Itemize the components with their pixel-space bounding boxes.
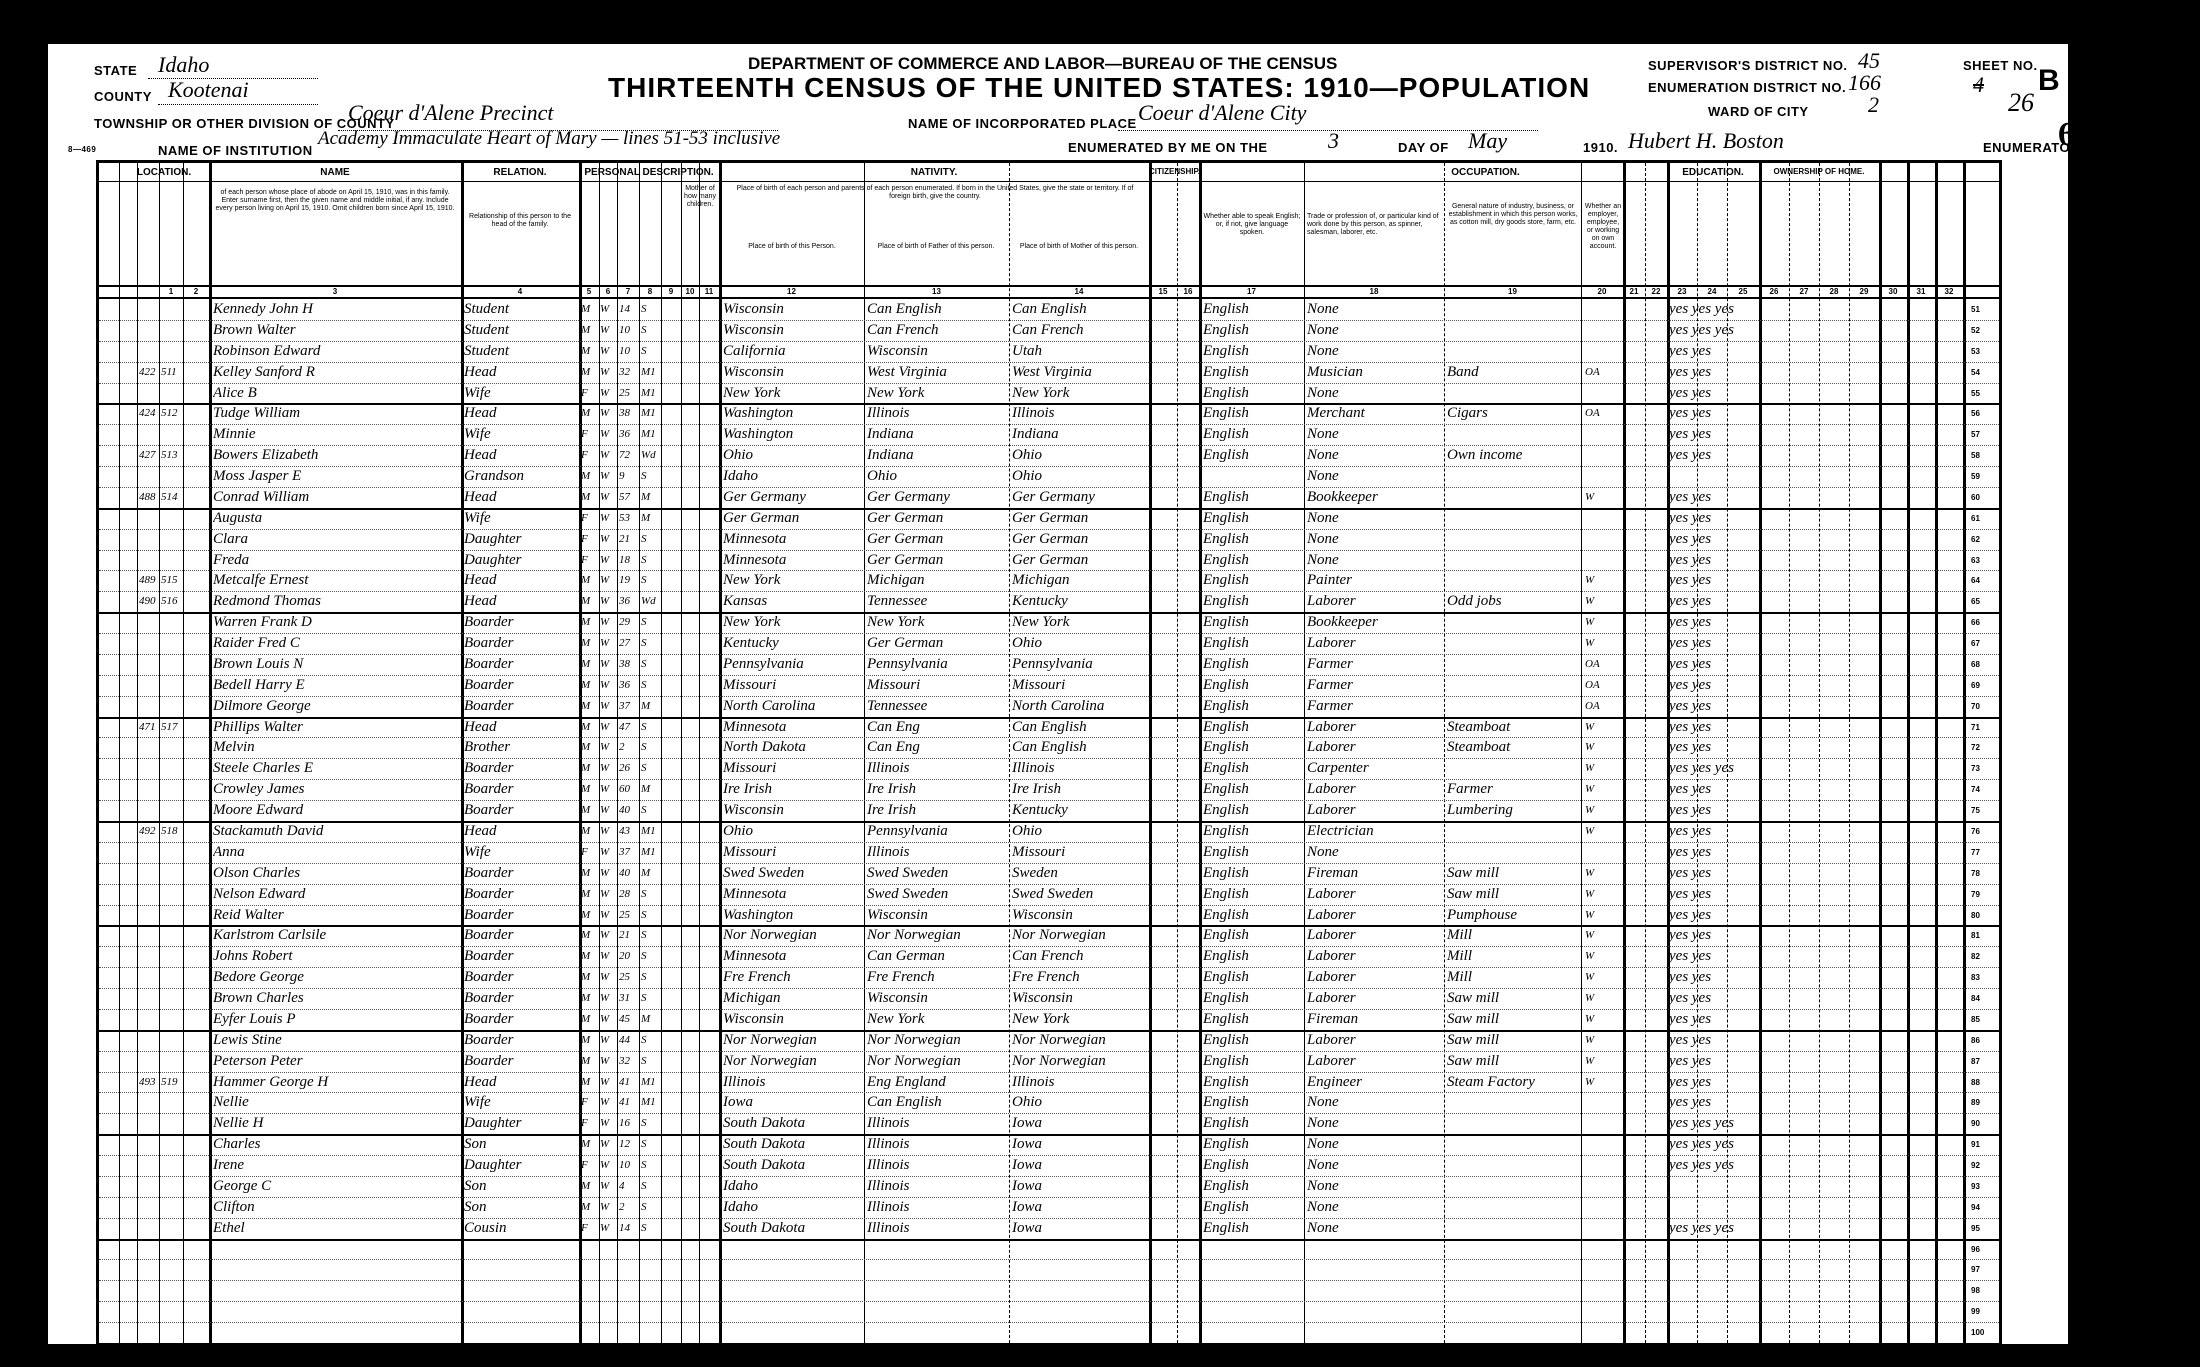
cell-emp: OA bbox=[1585, 403, 1621, 424]
cell-marital: M bbox=[641, 487, 661, 508]
cell-lang: English bbox=[1203, 487, 1303, 508]
cell-name: Kelley Sanford R bbox=[213, 362, 459, 383]
cell-marital: S bbox=[641, 341, 661, 362]
cell-dwelling bbox=[139, 1280, 159, 1301]
cell-marital: S bbox=[641, 675, 661, 696]
cell-race: W bbox=[600, 466, 617, 487]
cell-father: Michigan bbox=[867, 570, 1007, 591]
cell-dwelling bbox=[139, 320, 159, 341]
cell-birth: Minnesota bbox=[723, 529, 863, 550]
cell-name bbox=[213, 1280, 459, 1301]
cell-age: 40 bbox=[619, 863, 639, 884]
cell-industry: Band bbox=[1447, 362, 1579, 383]
cell-lang bbox=[1203, 1322, 1303, 1343]
cell-race: W bbox=[600, 842, 617, 863]
cell-name: Clifton bbox=[213, 1197, 459, 1218]
cell-trade: None bbox=[1307, 383, 1443, 404]
line-number: 83 bbox=[1971, 973, 1980, 982]
cell-father: Tennessee bbox=[867, 696, 1007, 717]
cell-industry: Mill bbox=[1447, 967, 1579, 988]
group-education: EDUCATION. bbox=[1667, 167, 1759, 178]
line-number: 71 bbox=[1971, 723, 1980, 732]
cell-birth: Minnesota bbox=[723, 946, 863, 967]
cell-dwelling bbox=[139, 1155, 159, 1176]
cell-name: Kennedy John H bbox=[213, 299, 459, 320]
cell-industry bbox=[1447, 424, 1579, 445]
cell-family bbox=[161, 696, 183, 717]
cell-family bbox=[161, 779, 183, 800]
cell-lang bbox=[1203, 1239, 1303, 1260]
line-number: 75 bbox=[1971, 806, 1980, 815]
cell-edu bbox=[1669, 1280, 1759, 1301]
table-row: 62ClaraDaughterFW21SMinnesotaGer GermanG… bbox=[99, 529, 1999, 550]
cell-trade: Laborer bbox=[1307, 591, 1443, 612]
cell-relation: Head bbox=[464, 487, 578, 508]
cell-trade: None bbox=[1307, 466, 1443, 487]
cell-emp bbox=[1585, 341, 1621, 362]
cell-name: Johns Robert bbox=[213, 946, 459, 967]
cell-trade bbox=[1307, 1259, 1443, 1280]
cell-relation: Head bbox=[464, 445, 578, 466]
cell-dwelling bbox=[139, 1051, 159, 1072]
cell-age: 28 bbox=[619, 884, 639, 905]
cell-marital: S bbox=[641, 1176, 661, 1197]
cell-age: 27 bbox=[619, 633, 639, 654]
cell-industry bbox=[1447, 1218, 1579, 1239]
cell-birth: Minnesota bbox=[723, 717, 863, 738]
cell-lang bbox=[1203, 466, 1303, 487]
cell-father: Wisconsin bbox=[867, 341, 1007, 362]
cell-family bbox=[161, 737, 183, 758]
cell-sex: F bbox=[581, 529, 599, 550]
cell-edu: yes yes bbox=[1669, 988, 1759, 1009]
group-personal: PERSONAL DESCRIPTION. bbox=[579, 167, 719, 178]
cell-age: 4 bbox=[619, 1176, 639, 1197]
cell-birth: Ohio bbox=[723, 821, 863, 842]
cell-sex: M bbox=[581, 654, 599, 675]
nativity-instructions: Place of birth of each person and parent… bbox=[725, 185, 1145, 201]
cell-sex: M bbox=[581, 591, 599, 612]
cell-age: 36 bbox=[619, 424, 639, 445]
cell-lang: English bbox=[1203, 445, 1303, 466]
cell-relation bbox=[464, 1322, 578, 1343]
cell-edu: yes yes bbox=[1669, 341, 1759, 362]
table-row: 56424512Tudge WilliamHeadMW38M1Washingto… bbox=[99, 403, 1999, 424]
table-row: 66Warren Frank DBoarderMW29SNew YorkNew … bbox=[99, 612, 1999, 633]
cell-lang: English bbox=[1203, 863, 1303, 884]
cell-mother: North Carolina bbox=[1012, 696, 1148, 717]
cell-mother: Can English bbox=[1012, 737, 1148, 758]
cell-lang: English bbox=[1203, 591, 1303, 612]
cell-trade: None bbox=[1307, 1176, 1443, 1197]
cell-sex: M bbox=[581, 779, 599, 800]
cell-relation: Student bbox=[464, 320, 578, 341]
line-number: 82 bbox=[1971, 952, 1980, 961]
cell-emp: W bbox=[1585, 717, 1621, 738]
cell-trade bbox=[1307, 1239, 1443, 1260]
cell-emp: W bbox=[1585, 1072, 1621, 1093]
cell-mother: Ire Irish bbox=[1012, 779, 1148, 800]
cell-race: W bbox=[600, 508, 617, 529]
cell-edu: yes yes bbox=[1669, 362, 1759, 383]
cell-dwelling bbox=[139, 925, 159, 946]
cell-trade: Laborer bbox=[1307, 779, 1443, 800]
cell-birth: New York bbox=[723, 612, 863, 633]
table-row: 85Eyfer Louis PBoarderMW45MWisconsinNew … bbox=[99, 1009, 1999, 1030]
cell-edu: yes yes yes bbox=[1669, 1134, 1759, 1155]
cell-dwelling: 488 bbox=[139, 487, 159, 508]
cell-birth: Idaho bbox=[723, 466, 863, 487]
cell-edu: yes yes bbox=[1669, 1051, 1759, 1072]
cell-name bbox=[213, 1259, 459, 1280]
cell-edu: yes yes bbox=[1669, 1009, 1759, 1030]
table-row: 71471517Phillips WalterHeadMW47SMinnesot… bbox=[99, 717, 1999, 738]
birth-person-head: Place of birth of this Person. bbox=[723, 243, 861, 251]
column-number: 9 bbox=[661, 287, 681, 296]
cell-name: Tudge William bbox=[213, 403, 459, 424]
cell-name: Lewis Stine bbox=[213, 1030, 459, 1051]
cell-family bbox=[161, 612, 183, 633]
cell-lang: English bbox=[1203, 1092, 1303, 1113]
cell-name: Nelson Edward bbox=[213, 884, 459, 905]
cell-sex bbox=[581, 1239, 599, 1260]
cell-age: 2 bbox=[619, 1197, 639, 1218]
month-value: May bbox=[1468, 128, 1507, 154]
cell-birth: Wisconsin bbox=[723, 800, 863, 821]
cell-marital: S bbox=[641, 1134, 661, 1155]
cell-father: Ger Germany bbox=[867, 487, 1007, 508]
cell-sex: M bbox=[581, 320, 599, 341]
cell-name: Brown Charles bbox=[213, 988, 459, 1009]
cell-edu: yes yes bbox=[1669, 717, 1759, 738]
cell-dwelling bbox=[139, 779, 159, 800]
cell-lang: English bbox=[1203, 383, 1303, 404]
cell-emp bbox=[1585, 1155, 1621, 1176]
cell-relation: Student bbox=[464, 299, 578, 320]
cell-marital: S bbox=[641, 1218, 661, 1239]
cell-trade: Laborer bbox=[1307, 1030, 1443, 1051]
cell-dwelling: 493 bbox=[139, 1072, 159, 1093]
cell-mother bbox=[1012, 1322, 1148, 1343]
cell-industry bbox=[1447, 1259, 1579, 1280]
cell-race: W bbox=[600, 1092, 617, 1113]
table-row: 64489515Metcalfe ErnestHeadMW19SNew York… bbox=[99, 570, 1999, 591]
cell-marital: S bbox=[641, 1051, 661, 1072]
cell-emp: W bbox=[1585, 988, 1621, 1009]
cell-trade: None bbox=[1307, 424, 1443, 445]
cell-father bbox=[867, 1322, 1007, 1343]
county-label: COUNTY bbox=[94, 89, 152, 104]
column-number: 32 bbox=[1935, 287, 1963, 296]
cell-marital: M bbox=[641, 696, 661, 717]
cell-race: W bbox=[600, 758, 617, 779]
cell-industry bbox=[1447, 842, 1579, 863]
line-number: 64 bbox=[1971, 576, 1980, 585]
cell-industry bbox=[1447, 1280, 1579, 1301]
cell-mother: New York bbox=[1012, 612, 1148, 633]
cell-marital: S bbox=[641, 925, 661, 946]
cell-dwelling bbox=[139, 1134, 159, 1155]
line-number: 62 bbox=[1971, 535, 1980, 544]
sheet-label: SHEET NO. bbox=[1963, 58, 2038, 73]
cell-name: Moore Edward bbox=[213, 800, 459, 821]
cell-race: W bbox=[600, 779, 617, 800]
cell-name: Ethel bbox=[213, 1218, 459, 1239]
cell-dwelling bbox=[139, 967, 159, 988]
cell-edu: yes yes bbox=[1669, 884, 1759, 905]
cell-sex: F bbox=[581, 1155, 599, 1176]
cell-relation bbox=[464, 1301, 578, 1322]
supervisor-label: SUPERVISOR'S DISTRICT NO. bbox=[1648, 58, 1848, 73]
enumerator-name: Hubert H. Boston bbox=[1628, 128, 1784, 154]
cell-birth: Minnesota bbox=[723, 884, 863, 905]
cell-emp: W bbox=[1585, 487, 1621, 508]
cell-birth: Missouri bbox=[723, 758, 863, 779]
cell-father bbox=[867, 1301, 1007, 1322]
cell-mother: Ohio bbox=[1012, 466, 1148, 487]
cell-father: Illinois bbox=[867, 1155, 1007, 1176]
table-row: 80Reid WalterBoarderMW25SWashingtonWisco… bbox=[99, 905, 1999, 926]
cell-family bbox=[161, 1113, 183, 1134]
cell-trade: None bbox=[1307, 550, 1443, 571]
cell-sex: M bbox=[581, 487, 599, 508]
cell-birth bbox=[723, 1239, 863, 1260]
line-number: 93 bbox=[1971, 1182, 1980, 1191]
column-number: 28 bbox=[1819, 287, 1849, 296]
cell-race: W bbox=[600, 445, 617, 466]
cell-family bbox=[161, 800, 183, 821]
cell-mother: Sweden bbox=[1012, 863, 1148, 884]
cell-emp bbox=[1585, 299, 1621, 320]
cell-emp bbox=[1585, 1280, 1621, 1301]
cell-father bbox=[867, 1280, 1007, 1301]
state-label: STATE bbox=[94, 63, 137, 78]
cell-race: W bbox=[600, 299, 617, 320]
cell-relation: Boarder bbox=[464, 946, 578, 967]
cell-sex: F bbox=[581, 1092, 599, 1113]
table-row: 97 bbox=[99, 1259, 1999, 1280]
cell-relation: Daughter bbox=[464, 529, 578, 550]
cell-race: W bbox=[600, 550, 617, 571]
cell-birth: Kentucky bbox=[723, 633, 863, 654]
table-row: 69Bedell Harry EBoarderMW36SMissouriMiss… bbox=[99, 675, 1999, 696]
cell-trade: Laborer bbox=[1307, 717, 1443, 738]
cell-edu: yes yes bbox=[1669, 821, 1759, 842]
cell-name: Irene bbox=[213, 1155, 459, 1176]
cell-edu: yes yes bbox=[1669, 800, 1759, 821]
cell-family bbox=[161, 1197, 183, 1218]
column-number: 2 bbox=[183, 287, 209, 296]
cell-mother: Nor Norwegian bbox=[1012, 1051, 1148, 1072]
cell-sex: F bbox=[581, 383, 599, 404]
cell-marital: S bbox=[641, 633, 661, 654]
cell-lang: English bbox=[1203, 654, 1303, 675]
cell-race: W bbox=[600, 800, 617, 821]
cell-age: 18 bbox=[619, 550, 639, 571]
cell-emp: W bbox=[1585, 800, 1621, 821]
cell-race: W bbox=[600, 988, 617, 1009]
cell-birth: New York bbox=[723, 383, 863, 404]
cell-mother: Ohio bbox=[1012, 1092, 1148, 1113]
cell-family bbox=[161, 1280, 183, 1301]
cell-race: W bbox=[600, 654, 617, 675]
cell-mother: Ger German bbox=[1012, 529, 1148, 550]
cell-mother: Ohio bbox=[1012, 445, 1148, 466]
cell-birth: Idaho bbox=[723, 1197, 863, 1218]
cell-industry: Own income bbox=[1447, 445, 1579, 466]
cell-father: Ger German bbox=[867, 508, 1007, 529]
cell-lang: English bbox=[1203, 779, 1303, 800]
cell-relation: Grandson bbox=[464, 466, 578, 487]
table-row: 76492518Stackamuth DavidHeadMW43M1OhioPe… bbox=[99, 821, 1999, 842]
cell-dwelling bbox=[139, 341, 159, 362]
line-number: 54 bbox=[1971, 368, 1980, 377]
line-number: 80 bbox=[1971, 911, 1980, 920]
cell-relation: Boarder bbox=[464, 863, 578, 884]
cell-age: 12 bbox=[619, 1134, 639, 1155]
cell-family bbox=[161, 1176, 183, 1197]
cell-edu: yes yes yes bbox=[1669, 1155, 1759, 1176]
cell-sex: M bbox=[581, 1197, 599, 1218]
cell-mother bbox=[1012, 1280, 1148, 1301]
cell-relation: Boarder bbox=[464, 779, 578, 800]
cell-sex: M bbox=[581, 884, 599, 905]
cell-father: Ohio bbox=[867, 466, 1007, 487]
cell-lang: English bbox=[1203, 550, 1303, 571]
industry-head: General nature of industry, business, or… bbox=[1447, 203, 1579, 227]
cell-mother: Ger German bbox=[1012, 508, 1148, 529]
cell-race: W bbox=[600, 1176, 617, 1197]
cell-relation: Daughter bbox=[464, 1155, 578, 1176]
cell-dwelling bbox=[139, 696, 159, 717]
cell-marital bbox=[641, 1259, 661, 1280]
day-of-label: DAY OF bbox=[1398, 140, 1449, 155]
cell-race: W bbox=[600, 529, 617, 550]
cell-age: 36 bbox=[619, 675, 639, 696]
cell-industry bbox=[1447, 696, 1579, 717]
column-number: 16 bbox=[1177, 287, 1199, 296]
cell-name bbox=[213, 1239, 459, 1260]
cell-age: 31 bbox=[619, 988, 639, 1009]
cell-edu: yes yes bbox=[1669, 696, 1759, 717]
cell-edu: yes yes yes bbox=[1669, 1113, 1759, 1134]
cell-dwelling: 490 bbox=[139, 591, 159, 612]
cell-lang: English bbox=[1203, 1030, 1303, 1051]
cell-dwelling bbox=[139, 633, 159, 654]
cell-emp: W bbox=[1585, 925, 1621, 946]
cell-race: W bbox=[600, 320, 617, 341]
cell-race: W bbox=[600, 383, 617, 404]
table-row: 91CharlesSonMW12SSouth DakotaIllinoisIow… bbox=[99, 1134, 1999, 1155]
cell-relation: Head bbox=[464, 591, 578, 612]
cell-age: 32 bbox=[619, 1051, 639, 1072]
cell-dwelling bbox=[139, 1176, 159, 1197]
cell-age: 10 bbox=[619, 320, 639, 341]
cell-edu bbox=[1669, 1239, 1759, 1260]
cell-father: Indiana bbox=[867, 424, 1007, 445]
cell-edu: yes yes bbox=[1669, 863, 1759, 884]
cell-relation bbox=[464, 1280, 578, 1301]
cell-edu: yes yes yes bbox=[1669, 758, 1759, 779]
cell-age: 44 bbox=[619, 1030, 639, 1051]
cell-birth: Wisconsin bbox=[723, 299, 863, 320]
cell-emp: W bbox=[1585, 633, 1621, 654]
cell-trade bbox=[1307, 1280, 1443, 1301]
cell-birth: North Dakota bbox=[723, 737, 863, 758]
cell-birth bbox=[723, 1322, 863, 1343]
cell-edu: yes yes bbox=[1669, 445, 1759, 466]
cell-family bbox=[161, 424, 183, 445]
cell-father: Swed Sweden bbox=[867, 884, 1007, 905]
cell-dwelling: 471 bbox=[139, 717, 159, 738]
cell-name: Alice B bbox=[213, 383, 459, 404]
cell-industry bbox=[1447, 487, 1579, 508]
cell-race: W bbox=[600, 821, 617, 842]
cell-age: 10 bbox=[619, 341, 639, 362]
cell-sex bbox=[581, 1322, 599, 1343]
cell-sex: M bbox=[581, 362, 599, 383]
cell-dwelling bbox=[139, 383, 159, 404]
cell-race: W bbox=[600, 1009, 617, 1030]
column-number: 27 bbox=[1789, 287, 1819, 296]
cell-mother: Nor Norwegian bbox=[1012, 925, 1148, 946]
table-row: 53Robinson EdwardStudentMW10SCaliforniaW… bbox=[99, 341, 1999, 362]
cell-trade: Farmer bbox=[1307, 675, 1443, 696]
table-row: 84Brown CharlesBoarderMW31SMichiganWisco… bbox=[99, 988, 1999, 1009]
cell-trade: Laborer bbox=[1307, 988, 1443, 1009]
cell-birth: Wisconsin bbox=[723, 1009, 863, 1030]
line-number: 87 bbox=[1971, 1057, 1980, 1066]
cell-trade: None bbox=[1307, 1113, 1443, 1134]
cell-industry bbox=[1447, 299, 1579, 320]
cell-age bbox=[619, 1280, 639, 1301]
cell-race: W bbox=[600, 341, 617, 362]
cell-family bbox=[161, 341, 183, 362]
cell-relation: Head bbox=[464, 403, 578, 424]
cell-age: 41 bbox=[619, 1072, 639, 1093]
cell-mother: Illinois bbox=[1012, 758, 1148, 779]
cell-mother: Can English bbox=[1012, 717, 1148, 738]
cell-dwelling bbox=[139, 1113, 159, 1134]
cell-name: Bedore George bbox=[213, 967, 459, 988]
cell-dwelling bbox=[139, 1322, 159, 1343]
cell-family bbox=[161, 1239, 183, 1260]
cell-father: Can Eng bbox=[867, 737, 1007, 758]
group-name: NAME bbox=[209, 167, 461, 178]
cell-relation: Head bbox=[464, 570, 578, 591]
cell-industry: Farmer bbox=[1447, 779, 1579, 800]
cell-name: Hammer George H bbox=[213, 1072, 459, 1093]
cell-marital: S bbox=[641, 1113, 661, 1134]
line-number: 92 bbox=[1971, 1161, 1980, 1170]
cell-relation: Student bbox=[464, 341, 578, 362]
cell-trade: None bbox=[1307, 320, 1443, 341]
cell-father: Illinois bbox=[867, 1197, 1007, 1218]
cell-age: 72 bbox=[619, 445, 639, 466]
cell-trade: Laborer bbox=[1307, 1051, 1443, 1072]
binding-hole bbox=[2108, 484, 2122, 498]
cell-trade: Merchant bbox=[1307, 403, 1443, 424]
cell-lang: English bbox=[1203, 696, 1303, 717]
cell-sex: F bbox=[581, 842, 599, 863]
cell-emp: W bbox=[1585, 612, 1621, 633]
cell-father: New York bbox=[867, 1009, 1007, 1030]
cell-father: Illinois bbox=[867, 758, 1007, 779]
cell-trade: Fireman bbox=[1307, 1009, 1443, 1030]
cell-race: W bbox=[600, 696, 617, 717]
cell-marital: S bbox=[641, 758, 661, 779]
cell-relation: Boarder bbox=[464, 696, 578, 717]
